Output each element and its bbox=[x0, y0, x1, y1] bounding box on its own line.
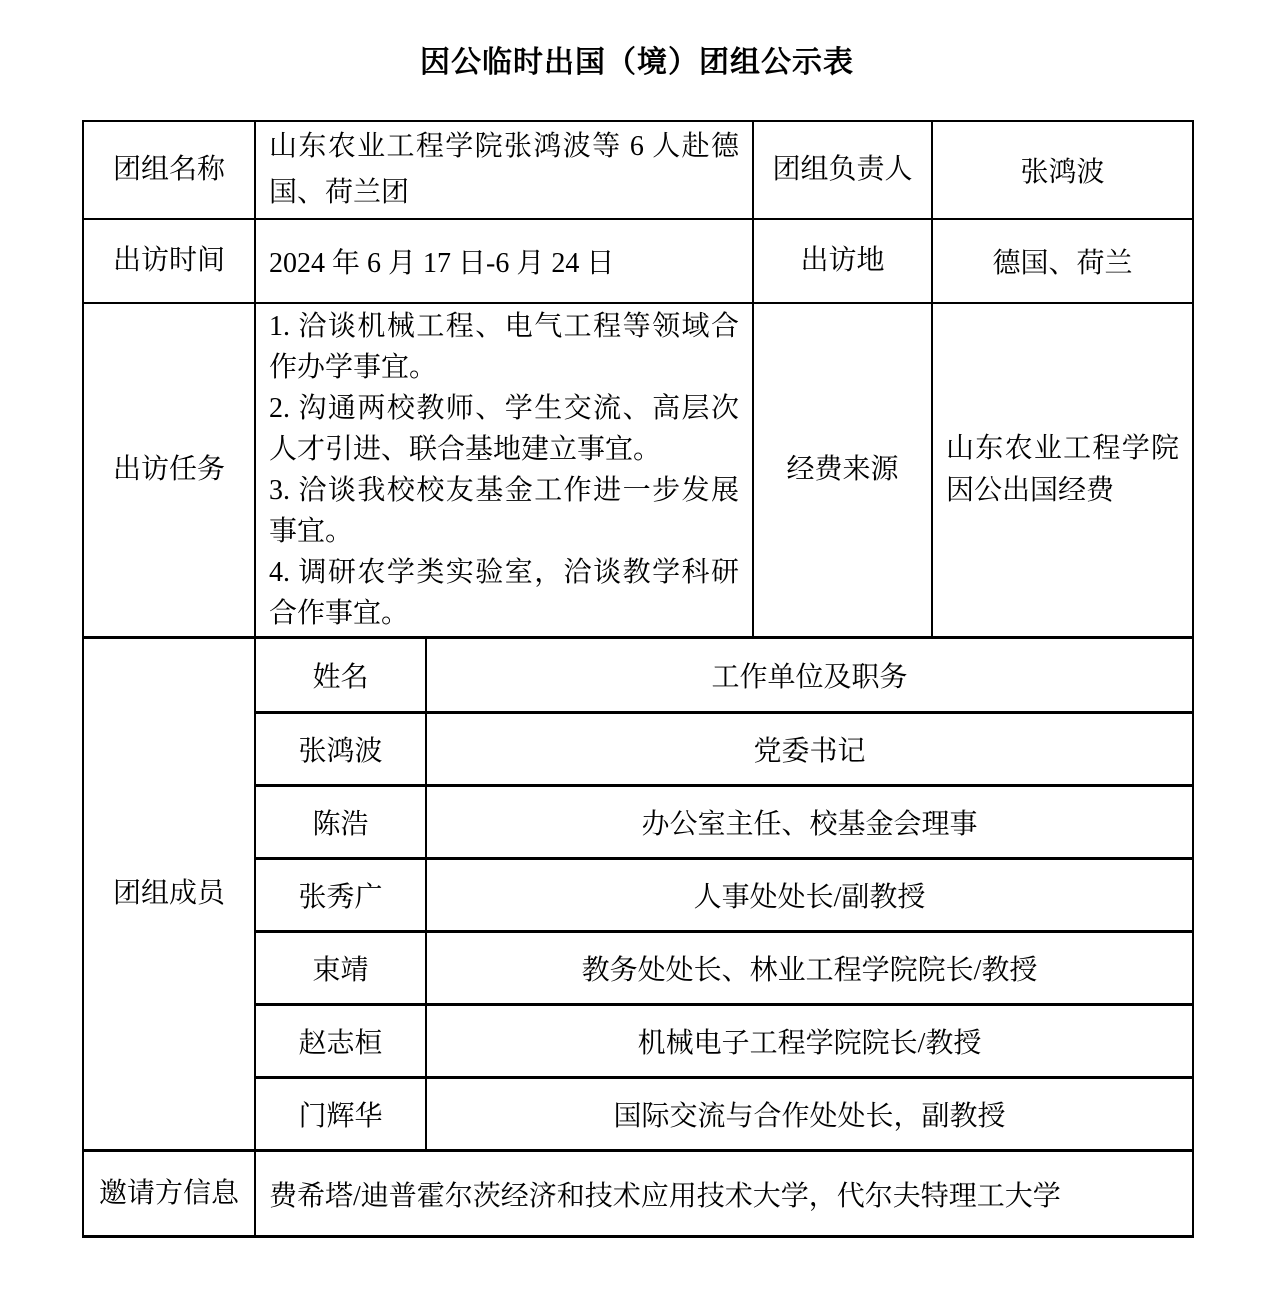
members-header-position: 工作单位及职务 bbox=[426, 638, 1193, 713]
member-position: 教务处处长、林业工程学院院长/教授 bbox=[426, 932, 1193, 1005]
trip-publicity-table: 团组名称 山东农业工程学院张鸿波等 6 人赴德国、荷兰团 团组负责人 张鸿波 出… bbox=[82, 120, 1194, 1238]
destination-value: 德国、荷兰 bbox=[932, 219, 1193, 303]
group-name-value: 山东农业工程学院张鸿波等 6 人赴德国、荷兰团 bbox=[255, 121, 753, 219]
member-name: 张秀广 bbox=[255, 859, 426, 932]
inviter-value: 费希塔/迪普霍尔茨经济和技术应用技术大学，代尔夫特理工大学 bbox=[255, 1151, 1193, 1237]
row-members-header: 团组成员 姓名 工作单位及职务 bbox=[83, 638, 1193, 713]
task-item-2: 2. 沟通两校教师、学生交流、高层次人才引进、联合基地建立事宜。 bbox=[269, 388, 739, 470]
visit-time-label: 出访时间 bbox=[83, 219, 255, 303]
row-visit-time: 出访时间 2024 年 6 月 17 日-6 月 24 日 出访地 德国、荷兰 bbox=[83, 219, 1193, 303]
inviter-label: 邀请方信息 bbox=[83, 1151, 255, 1237]
member-name: 赵志桓 bbox=[255, 1005, 426, 1078]
members-label: 团组成员 bbox=[83, 638, 255, 1151]
destination-label: 出访地 bbox=[753, 219, 932, 303]
member-position: 人事处处长/副教授 bbox=[426, 859, 1193, 932]
member-name: 门辉华 bbox=[255, 1078, 426, 1151]
funding-source-label: 经费来源 bbox=[753, 303, 932, 638]
task-item-1: 1. 洽谈机械工程、电气工程等领域合作办学事宜。 bbox=[269, 306, 739, 388]
members-header-name: 姓名 bbox=[255, 638, 426, 713]
row-group-name: 团组名称 山东农业工程学院张鸿波等 6 人赴德国、荷兰团 团组负责人 张鸿波 bbox=[83, 121, 1193, 219]
task-item-3: 3. 洽谈我校校友基金工作进一步发展事宜。 bbox=[269, 470, 739, 552]
row-inviter: 邀请方信息 费希塔/迪普霍尔茨经济和技术应用技术大学，代尔夫特理工大学 bbox=[83, 1151, 1193, 1237]
group-name-label: 团组名称 bbox=[83, 121, 255, 219]
member-position: 办公室主任、校基金会理事 bbox=[426, 786, 1193, 859]
member-name: 陈浩 bbox=[255, 786, 426, 859]
member-position: 机械电子工程学院院长/教授 bbox=[426, 1005, 1193, 1078]
task-item-4: 4. 调研农学类实验室，洽谈教学科研合作事宜。 bbox=[269, 552, 739, 634]
member-name: 张鸿波 bbox=[255, 713, 426, 786]
visit-tasks-label: 出访任务 bbox=[83, 303, 255, 638]
visit-tasks-value: 1. 洽谈机械工程、电气工程等领域合作办学事宜。 2. 沟通两校教师、学生交流、… bbox=[255, 303, 753, 638]
group-leader-label: 团组负责人 bbox=[753, 121, 932, 219]
group-leader-value: 张鸿波 bbox=[932, 121, 1193, 219]
funding-source-value: 山东农业工程学院因公出国经费 bbox=[932, 303, 1193, 638]
member-name: 束靖 bbox=[255, 932, 426, 1005]
member-position: 国际交流与合作处处长，副教授 bbox=[426, 1078, 1193, 1151]
member-position: 党委书记 bbox=[426, 713, 1193, 786]
document-page: 因公临时出国（境）团组公示表 团组名称 山东农业工程学院张鸿波等 6 人赴德国、… bbox=[0, 0, 1269, 1312]
row-visit-tasks: 出访任务 1. 洽谈机械工程、电气工程等领域合作办学事宜。 2. 沟通两校教师、… bbox=[83, 303, 1193, 638]
visit-time-value: 2024 年 6 月 17 日-6 月 24 日 bbox=[255, 219, 753, 303]
document-title: 因公临时出国（境）团组公示表 bbox=[82, 44, 1192, 82]
